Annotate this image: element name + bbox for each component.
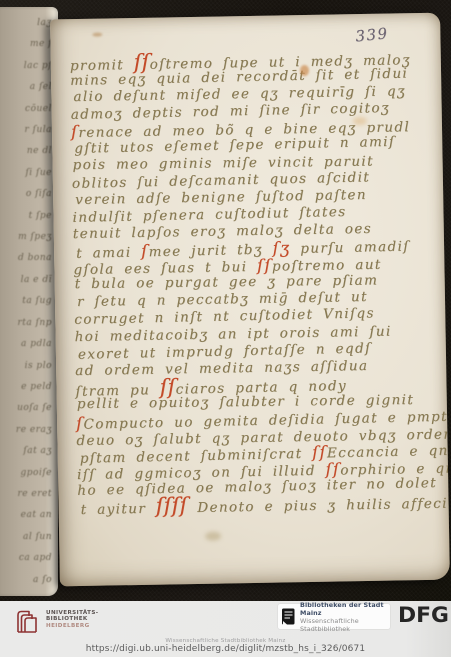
facing-page-line: re eret (0, 484, 52, 505)
facing-page-edge: laʒme ſlac pſa ſelcōuelr ſulane dlſi ſue… (0, 7, 58, 596)
rubric-mark: ſʒ (272, 238, 290, 257)
rubric-mark: ſſ (325, 460, 340, 479)
facing-page-line: d bona (0, 248, 52, 269)
page-stain (205, 532, 221, 541)
folio-number: 339 (355, 24, 390, 45)
facing-page-line: ſat aʒ (0, 441, 52, 462)
rubric-mark: ſſ (312, 443, 327, 462)
heidelberg-logo-text: UNIVERSITÄTS- BIBLIOTHEK HEIDELBERG (46, 607, 99, 629)
footer-url: https://digi.ub.uni-heidelberg.de/diglit… (0, 644, 451, 654)
facing-page-line: o ſiſa (0, 184, 52, 205)
facing-page-line: a pdla (0, 334, 52, 355)
heidelberg-line3: HEIDELBERG (46, 623, 99, 629)
facing-page-line: r ſula (0, 120, 52, 141)
ink-text: purſu amadiſ (290, 239, 409, 258)
facing-page-line: al ſun (0, 527, 52, 548)
facing-page-line: ca apd (0, 548, 52, 569)
facing-page-line: t ſpe (0, 206, 52, 227)
facing-page-line: rta ſnp (0, 313, 52, 334)
facing-page-line: ne dl (0, 141, 52, 162)
facing-page-line: is plo (0, 356, 52, 377)
facing-page-line: m ſpeʒ (0, 227, 52, 248)
ink-text: t amai (76, 244, 141, 261)
mainz-line1: Bibliotheken der Stadt Mainz (300, 601, 390, 617)
facing-page-line: lac pſ (0, 56, 52, 77)
facing-page-text: laʒme ſlac pſa ſelcōuelr ſulane dlſi ſue… (0, 13, 52, 591)
facing-page-line: eat an (0, 505, 52, 526)
facing-page-line: e peld (0, 377, 52, 398)
page-stain (92, 33, 102, 37)
facing-page-line: uoſa ſe (0, 398, 52, 419)
mainz-line2: Wissenschaftliche Stadtbibliothek (300, 617, 390, 633)
facing-page-line: gpoiſe (0, 463, 52, 484)
ink-text: Eccancia e qn (327, 443, 449, 462)
facing-page-line: ſi ſue (0, 163, 52, 184)
facing-page-line: cōuel (0, 99, 52, 120)
dfg-logo: DFG (398, 603, 449, 627)
ink-text: mee jurit tbʒ (148, 242, 272, 261)
manuscript-text: promit ſſoſtremo ſupe ut i medʒ maloʒmin… (70, 49, 436, 517)
facing-page-line: re eraʒ (0, 420, 52, 441)
digitized-manuscript-scan: laʒme ſlac pſa ſelcōuelr ſulane dlſi ſue… (0, 0, 451, 657)
mainz-library-badge: Bibliotheken der Stadt Mainz Wissenschaf… (278, 604, 390, 629)
facing-page-line: me ſ (0, 34, 52, 55)
heidelberg-book-icon (14, 607, 40, 634)
library-footer: UNIVERSITÄTS- BIBLIOTHEK HEIDELBERG Bibl… (0, 601, 451, 657)
mainz-badge-text: Bibliotheken der Stadt Mainz Wissenschaf… (300, 601, 390, 633)
facing-page-line: ta ſug (0, 291, 52, 312)
rubric-mark: ſſ (257, 256, 272, 275)
facing-page-line: la e dī (0, 270, 52, 291)
ink-text: t bula oe purgat gee ʒ pare pſiam (75, 273, 379, 293)
ink-text: t ayitur (81, 501, 156, 518)
ink-text: Denoto e pius ʒ huilis affecit (187, 496, 449, 517)
mainz-book-icon (281, 607, 296, 626)
manuscript-page: 339 promit ſſoſtremo ſupe ut i medʒ malo… (50, 13, 450, 587)
facing-page-line: laʒ (0, 13, 52, 34)
facing-page-line: a ſo (0, 570, 52, 591)
facing-page-line: a ſel (0, 77, 52, 98)
heidelberg-logo: UNIVERSITÄTS- BIBLIOTHEK HEIDELBERG (14, 607, 99, 634)
